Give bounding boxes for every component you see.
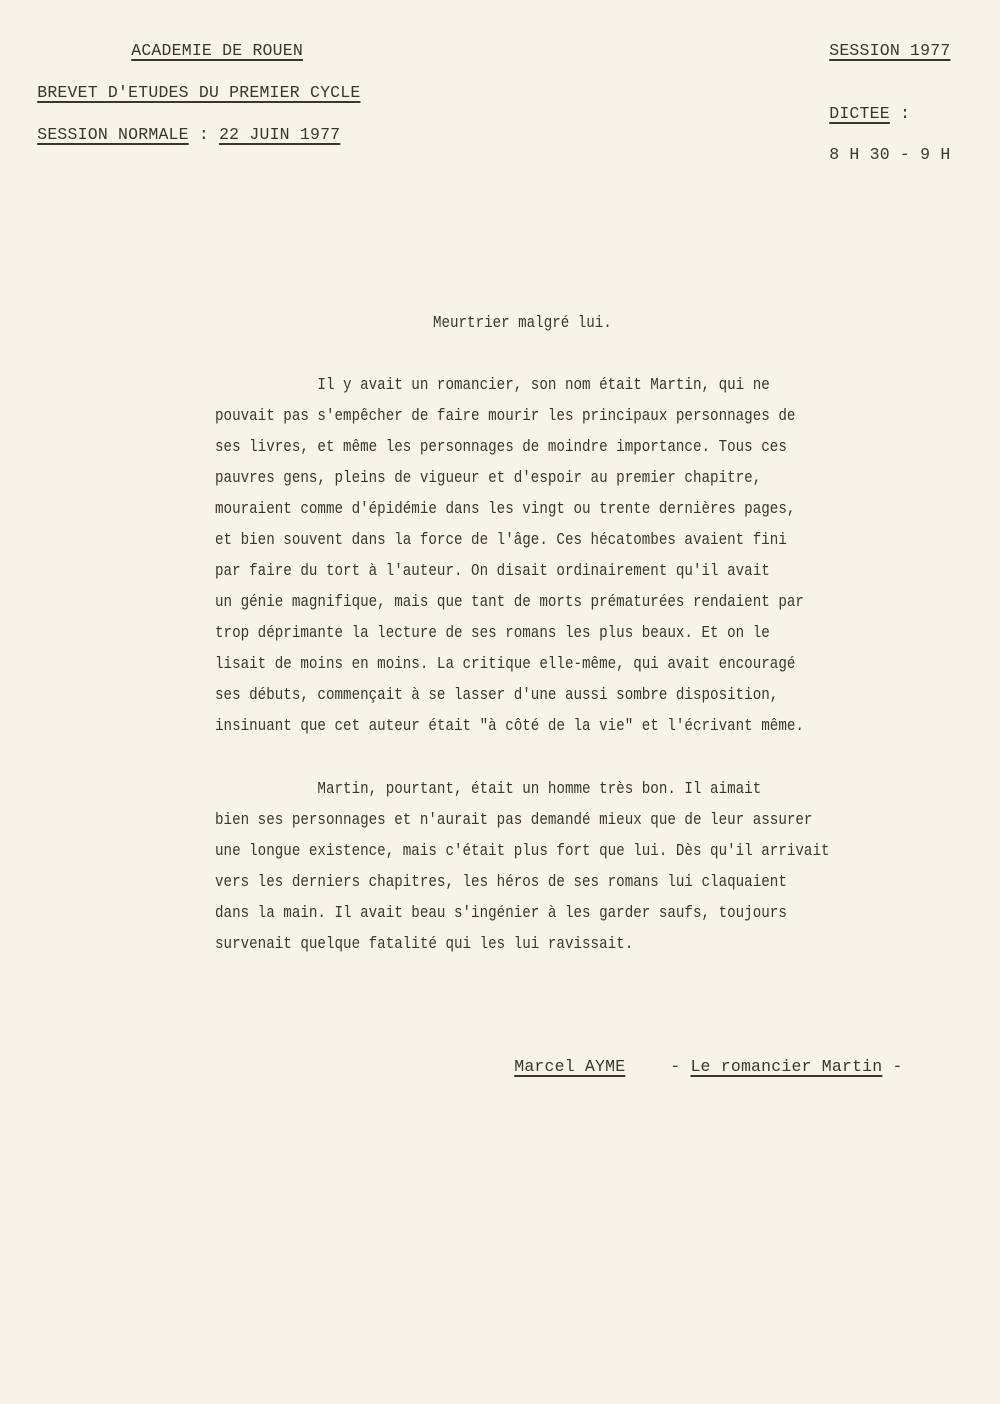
text-line: lisait de moins en moins. La critique el… xyxy=(215,654,795,673)
text-line: pauvres gens, pleins de vigueur et d'esp… xyxy=(215,468,761,487)
header-left: ACADEMIE DE ROUEN xyxy=(111,22,303,60)
text-line: insinuant que cet auteur était "à côté d… xyxy=(215,716,804,735)
text-line: bien ses personnages et n'aurait pas dem… xyxy=(215,810,812,829)
text-line: trop déprimante la lecture de ses romans… xyxy=(215,623,770,642)
document-title: Meurtrier malgré lui. xyxy=(433,313,612,332)
dash-open: - xyxy=(670,1057,690,1076)
text-line: mouraient comme d'épidémie dans les ving… xyxy=(215,499,795,518)
text-line: survenait quelque fatalité qui les lui r… xyxy=(215,934,633,953)
text-line: ses livres, et même les personnages de m… xyxy=(215,437,787,456)
subject-line: DICTEE : xyxy=(809,85,910,123)
attribution: Marcel AYME xyxy=(494,1038,625,1076)
exam-line: BREVET D'ETUDES DU PREMIER CYCLE xyxy=(17,64,360,102)
text-line: Il y avait un romancier, son nom était M… xyxy=(215,375,770,394)
text-line: un génie magnifique, mais que tant de mo… xyxy=(215,592,804,611)
work-title-line: - Le romancier Martin - xyxy=(650,1038,903,1076)
text-line: une longue existence, mais c'était plus … xyxy=(215,841,830,860)
work-title: Le romancier Martin xyxy=(690,1057,882,1076)
text-line: et bien souvent dans la force de l'âge. … xyxy=(215,530,787,549)
text-line: pouvait pas s'empêcher de faire mourir l… xyxy=(215,406,795,425)
subject-label: DICTEE xyxy=(829,104,890,123)
time-line: 8 H 30 - 9 H xyxy=(809,126,950,164)
session-date: 22 JUIN 1977 xyxy=(219,125,340,144)
exam-label: BREVET D'ETUDES DU PREMIER CYCLE xyxy=(37,83,360,102)
session-year: SESSION 1977 xyxy=(829,41,950,60)
session-year-line: SESSION 1977 xyxy=(809,22,950,60)
author-name: Marcel AYME xyxy=(514,1057,625,1076)
text-line: vers les derniers chapitres, les héros d… xyxy=(215,872,787,891)
text-line: par faire du tort à l'auteur. On disait … xyxy=(215,561,770,580)
text-line: Martin, pourtant, était un homme très bo… xyxy=(215,779,761,798)
exam-time: 8 H 30 - 9 H xyxy=(829,145,950,164)
subject-suffix: : xyxy=(890,104,910,123)
dash-close: - xyxy=(882,1057,902,1076)
session-separator: : xyxy=(189,125,219,144)
text-line: ses débuts, commençait à se lasser d'une… xyxy=(215,685,778,704)
session-label: SESSION NORMALE xyxy=(37,125,189,144)
session-line: SESSION NORMALE : 22 JUIN 1977 xyxy=(17,106,340,144)
academy-label: ACADEMIE DE ROUEN xyxy=(131,41,303,60)
text-line: dans la main. Il avait beau s'ingénier à… xyxy=(215,903,787,922)
